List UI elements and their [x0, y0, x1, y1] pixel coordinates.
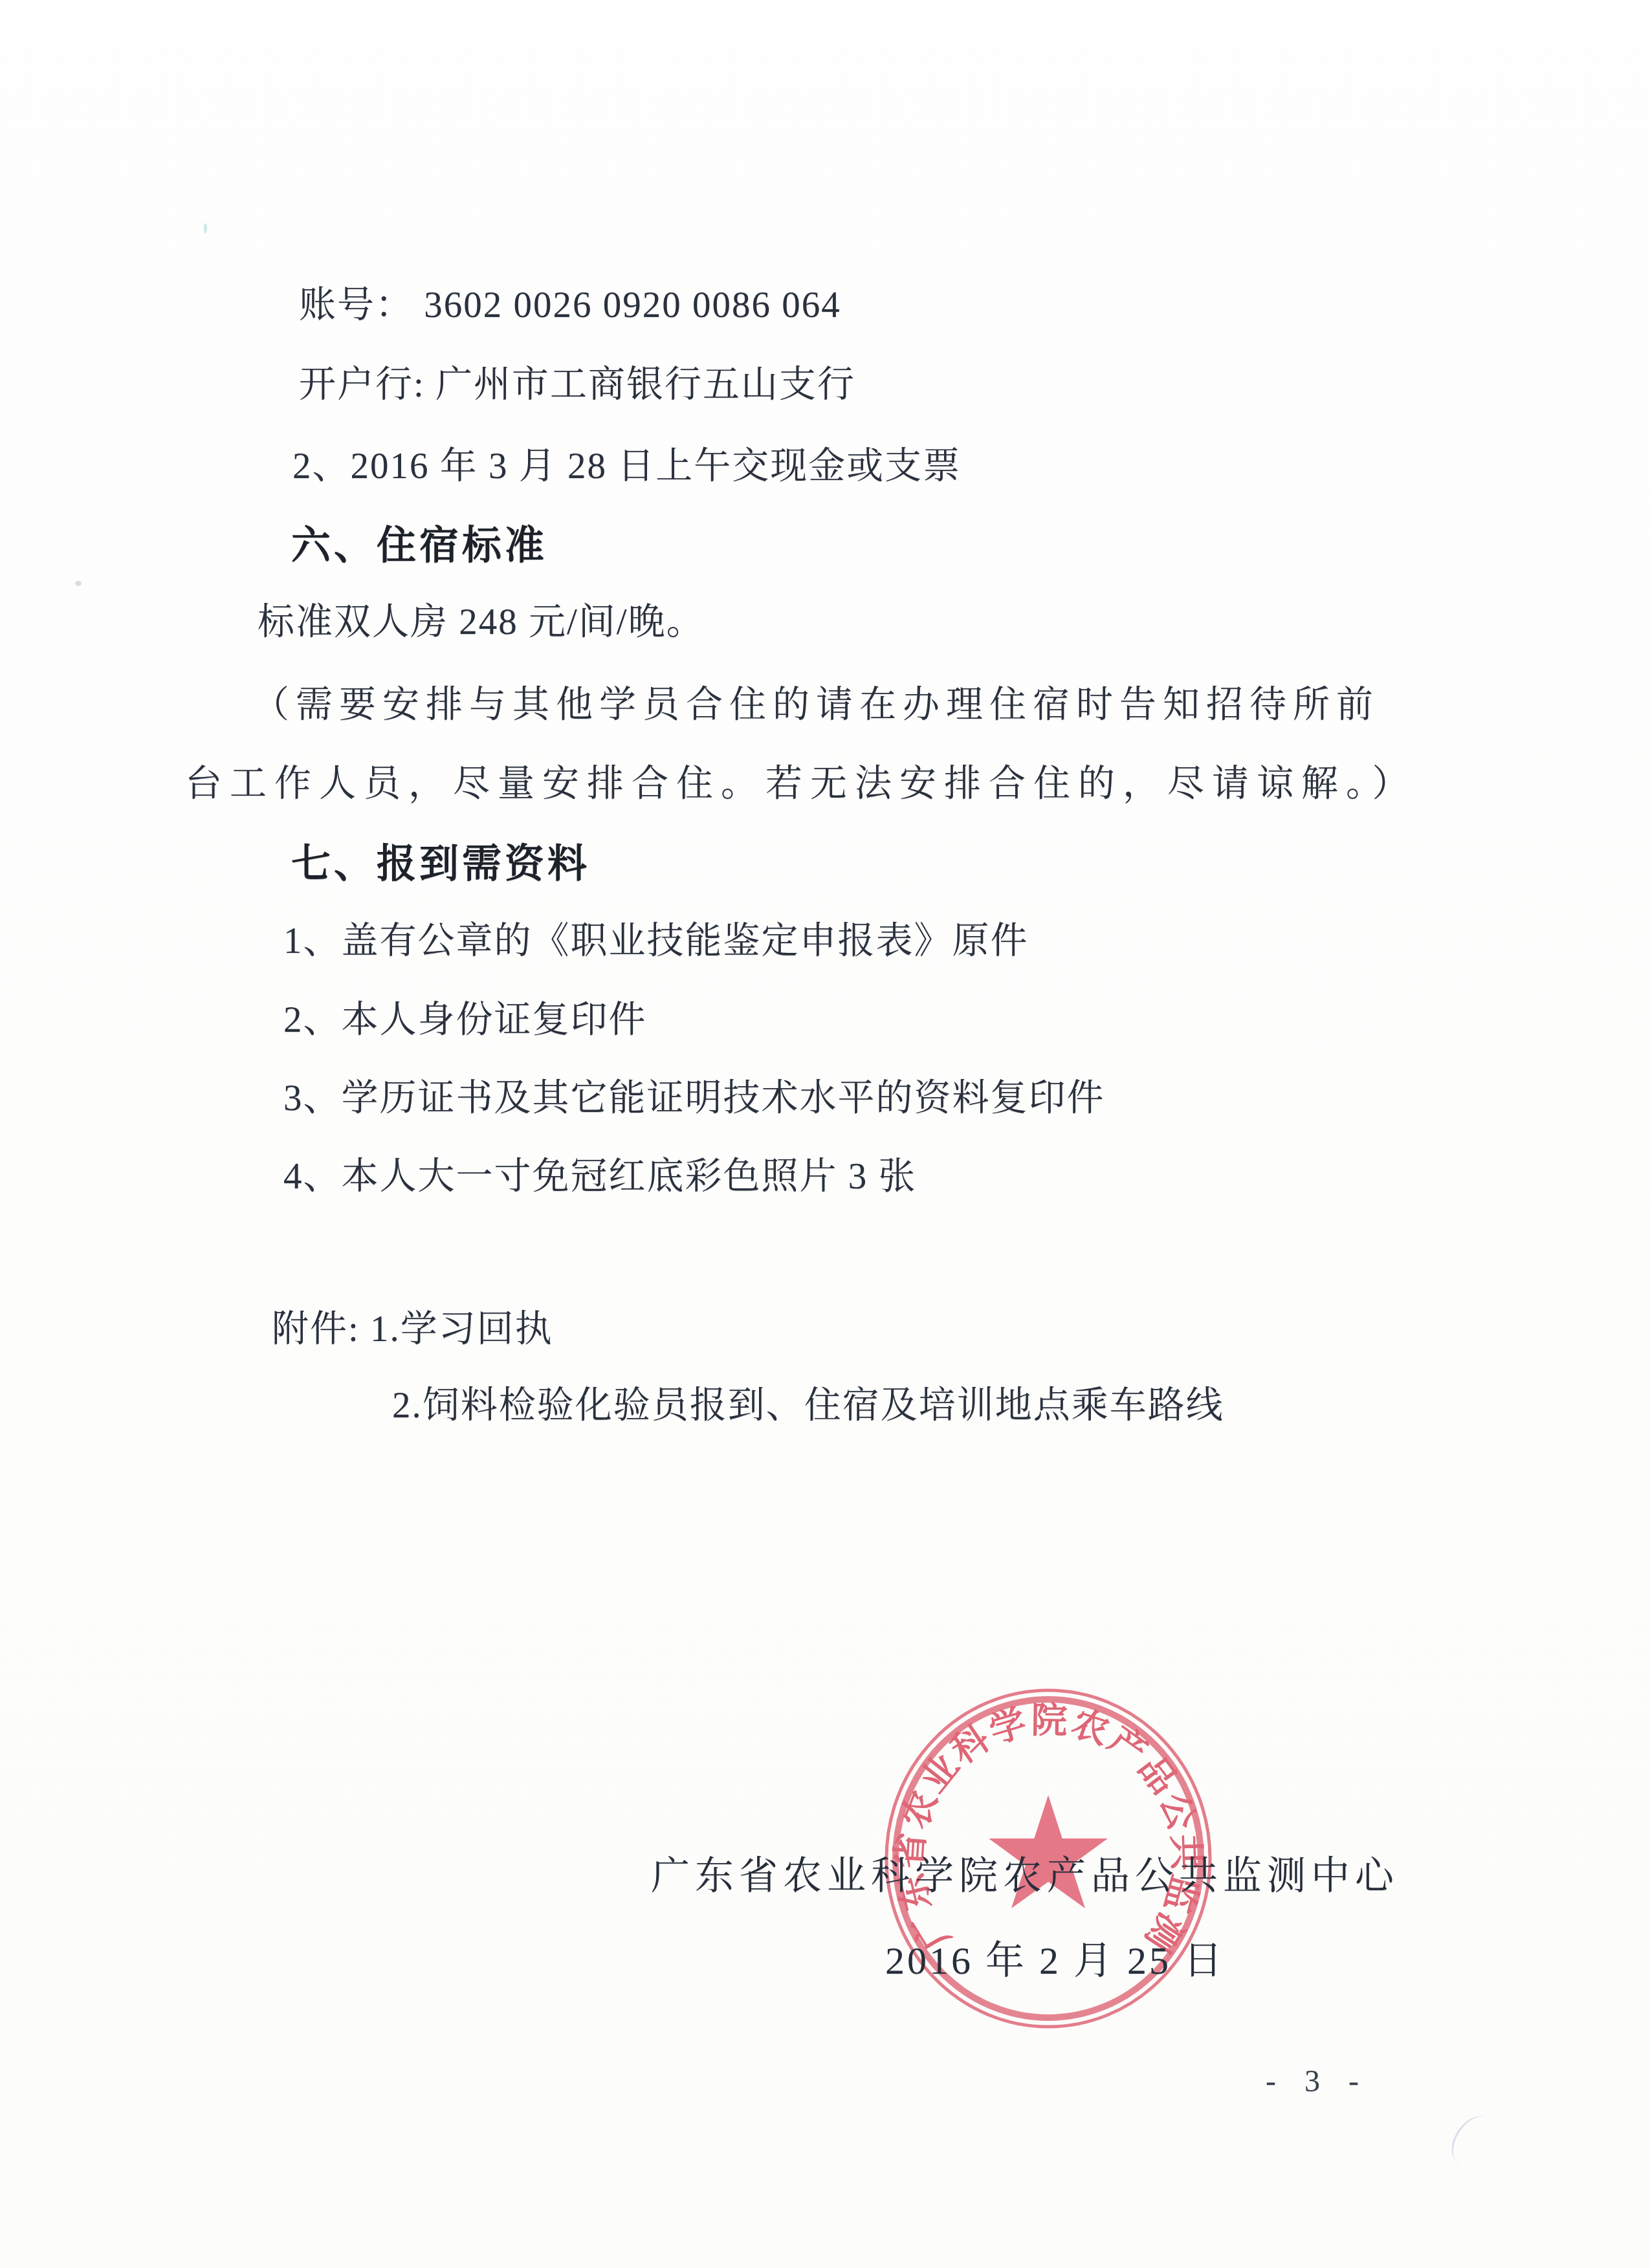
page-number: - 3 - — [1266, 2064, 1369, 2099]
lodging-note-line-1: （需要安排与其他学员合住的请在办理住宿时告知招待所前 — [252, 675, 1380, 728]
attachment-line-1: 附件: 1.学习回执 — [272, 1299, 553, 1352]
signature-organization: 广东省农业科学院农产品公共监测中心 — [651, 1845, 1399, 1901]
material-item-2: 2、本人身份证复印件 — [283, 990, 647, 1043]
payment-option-line: 2、2016 年 3 月 28 日上午交现金或支票 — [292, 436, 961, 489]
scan-speck — [75, 581, 82, 586]
attachment-line-2: 2.饲料检验化验员报到、住宿及培训地点乘车路线 — [392, 1375, 1224, 1428]
lodging-note-line-2: 台工作人员，尽量安排合住。若无法安排合住的，尽请谅解。） — [185, 754, 1417, 807]
bank-branch-line: 开户行: 广州市工商银行五山支行 — [299, 354, 855, 408]
scan-speck — [204, 223, 207, 234]
section-heading-lodging: 六、住宿标准 — [291, 514, 547, 571]
account-number-line: 账号： 3602 0026 0920 0086 064 — [299, 275, 841, 328]
scan-speck — [1444, 2108, 1504, 2174]
material-item-3: 3、学历证书及其它能证明技术水平的资料复印件 — [283, 1068, 1105, 1121]
section-heading-materials: 七、报到需资料 — [291, 833, 590, 889]
material-item-1: 1、盖有公章的《职业技能鉴定申报表》原件 — [283, 911, 1029, 964]
material-item-4: 4、本人大一寸免冠红底彩色照片 3 张 — [283, 1146, 917, 1199]
lodging-rate-line: 标准双人房 248 元/间/晚。 — [258, 592, 705, 645]
signature-date: 2016 年 2 月 25 日 — [885, 1930, 1225, 1985]
scanned-document-page: 账号： 3602 0026 0920 0086 064 开户行: 广州市工商银行… — [0, 0, 1650, 2268]
